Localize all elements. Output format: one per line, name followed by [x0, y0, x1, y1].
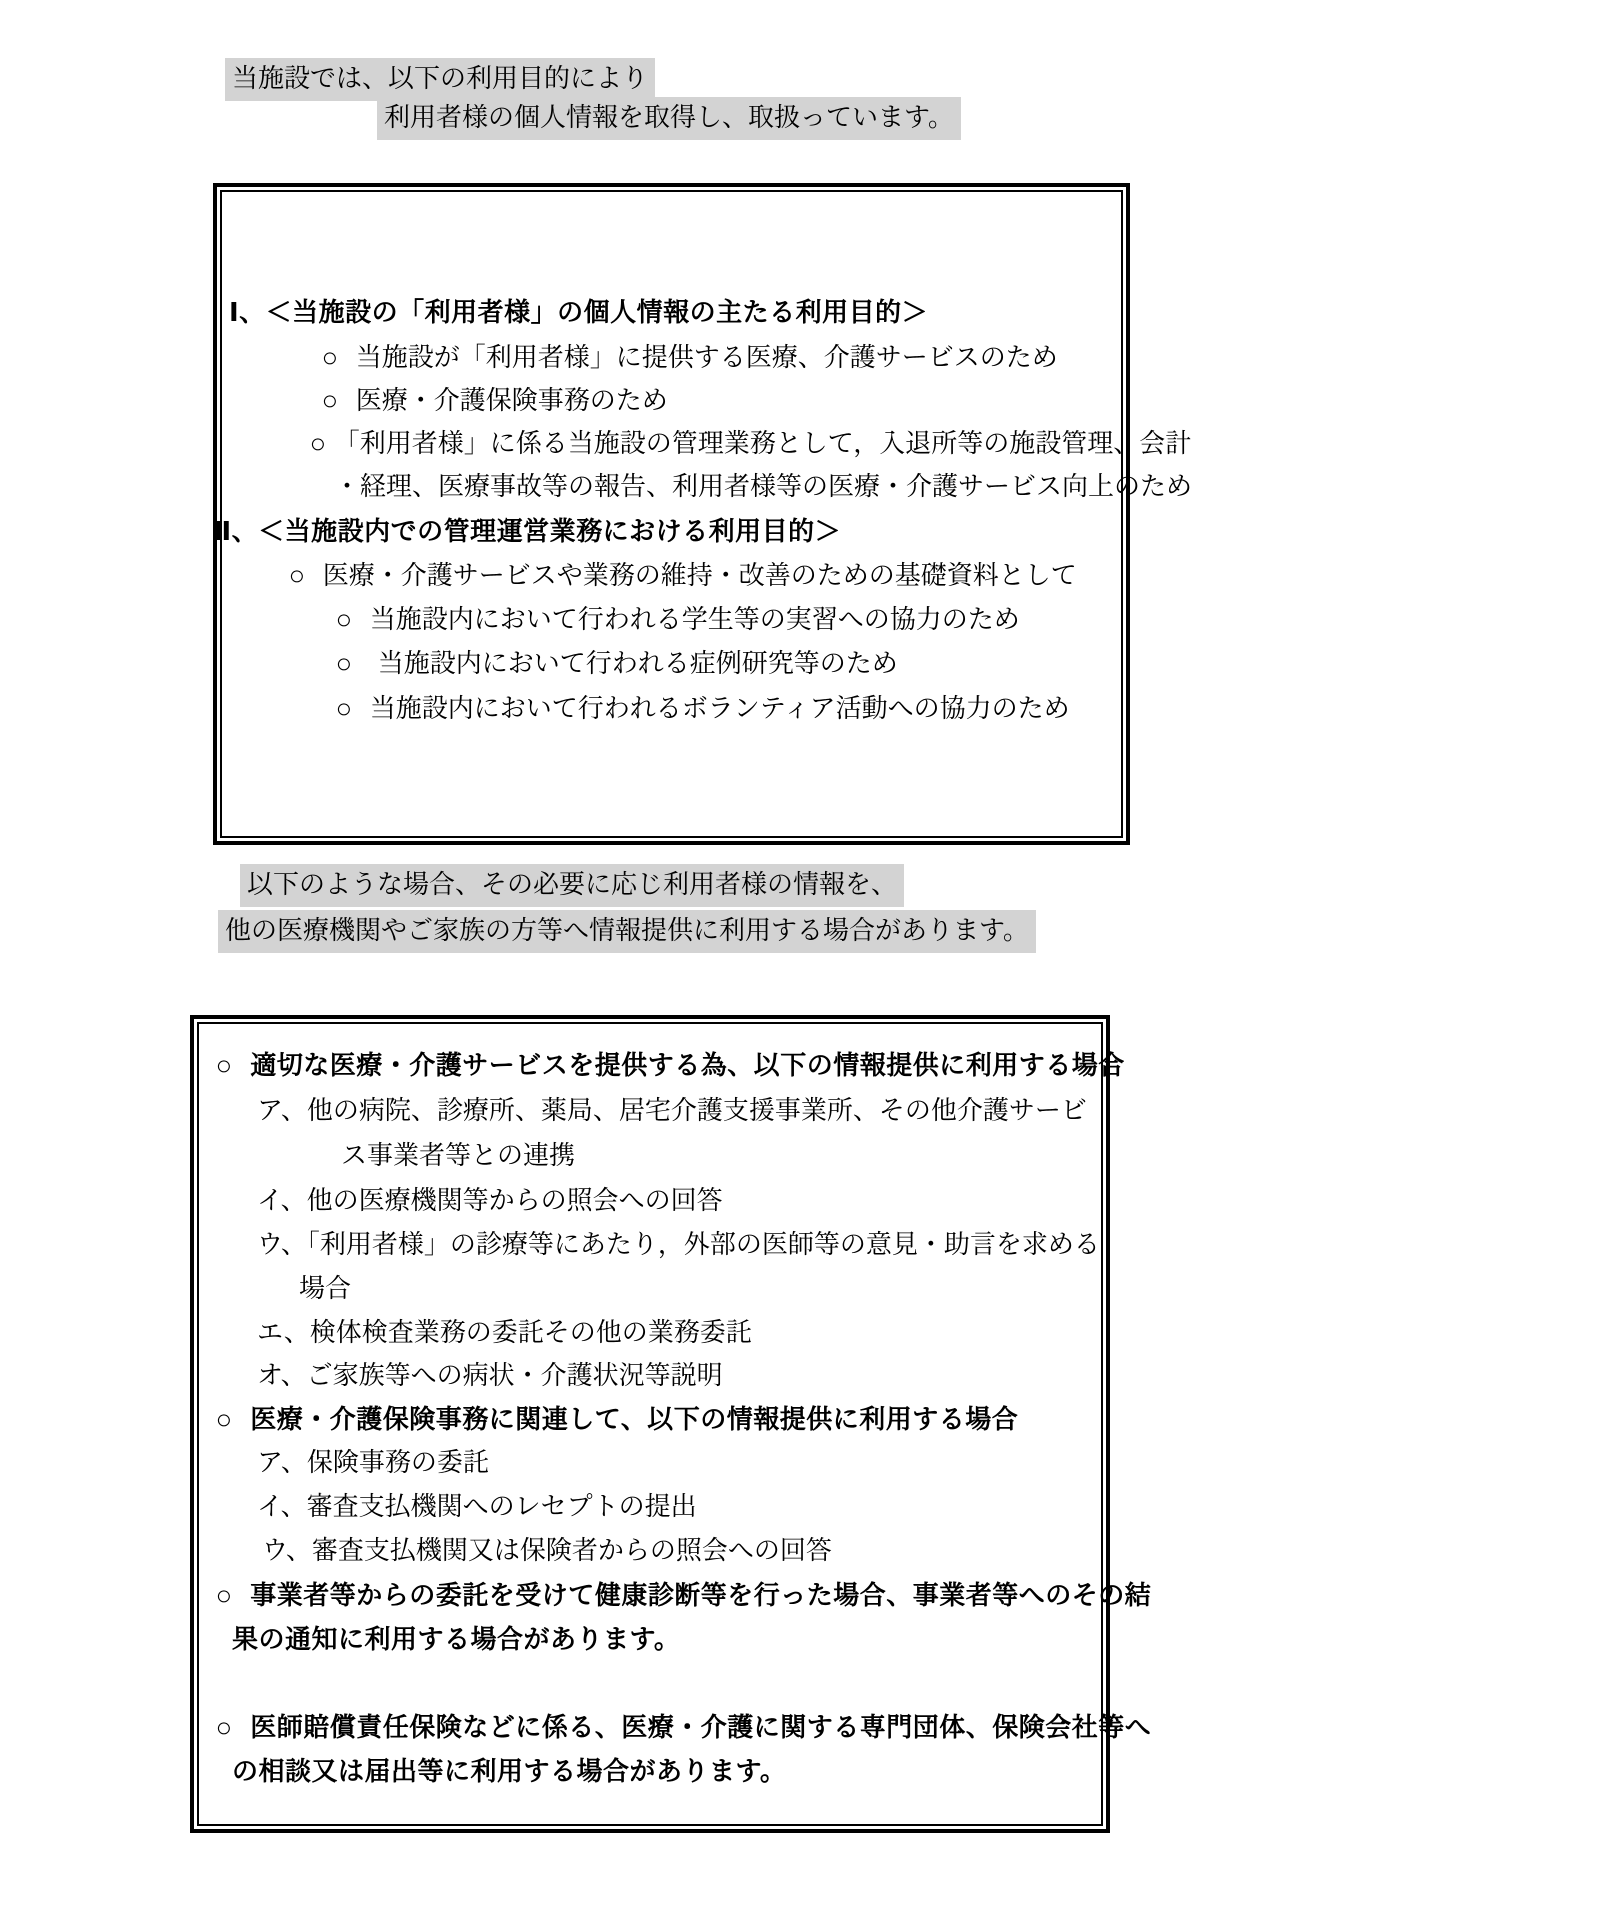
list-item: ア、他の病院、診療所、薬局、居宅介護支援事業所、その他介護サービ [257, 1093, 1087, 1129]
intro-line-2: 利用者様の個人情報を取得し、取扱っています。 [377, 97, 961, 140]
list-item: ア、保険事務の委託 [257, 1445, 489, 1481]
list-item: ○医療・介護保険事務のため [322, 383, 668, 419]
list-item: ○「利用者様」に係る当施設の管理業務として，入退所等の施設管理、会計 [310, 426, 1191, 462]
list-item-continuation: 場合 [299, 1271, 351, 1307]
group-heading-text: 事業者等からの委託を受けて健康診断等を行った場合、事業者等へのその結 [250, 1580, 1151, 1610]
group3-continuation: 果の通知に利用する場合があります。 [232, 1621, 680, 1657]
circle-bullet-icon: ○ [216, 1576, 233, 1614]
group4-heading: ○医師賠償責任保険などに係る、医療・介護に関する専門団体、保険会社等へ [216, 1709, 1151, 1745]
intro-line-1: 当施設では、以下の利用目的により [225, 58, 655, 101]
list-item-text: 当施設内において行われるボランティア活動への協力のため [370, 694, 1070, 723]
list-item-text: 当施設内において行われる学生等の実習への協力のため [370, 605, 1020, 634]
circle-bullet-icon: ○ [289, 557, 306, 595]
list-item: ○当施設内において行われる学生等の実習への協力のため [336, 602, 1020, 638]
list-item: ○当施設が「利用者様」に提供する医療、介護サービスのため [322, 340, 1058, 376]
circle-bullet-icon: ○ [322, 382, 339, 420]
list-item-text: 医療・介護保険事務のため [356, 386, 668, 415]
list-item-continuation: ・経理、医療事故等の報告、利用者様等の医療・介護サービス向上のため [334, 469, 1192, 505]
list-item: オ、ご家族等への病状・介護状況等説明 [257, 1358, 723, 1394]
list-item: イ、他の医療機関等からの照会への回答 [257, 1183, 723, 1219]
document-page: 当施設では、以下の利用目的により 利用者様の個人情報を取得し、取扱っています。 … [0, 0, 1601, 1920]
list-item: ○当施設内において行われる症例研究等のため [336, 646, 898, 682]
middle-line-1: 以下のような場合、その必要に応じ利用者様の情報を、 [240, 864, 904, 907]
circle-bullet-icon: ○ [216, 1400, 233, 1438]
group-heading-text: 医師賠償責任保険などに係る、医療・介護に関する専門団体、保険会社等へ [250, 1712, 1151, 1742]
circle-bullet-icon: ○ [216, 1708, 233, 1746]
group3-heading: ○事業者等からの委託を受けて健康診断等を行った場合、事業者等へのその結 [216, 1577, 1151, 1613]
group-heading-text: 適切な医療・介護サービスを提供する為、以下の情報提供に利用する場合 [250, 1050, 1125, 1080]
list-item-text: 医療・介護サービスや業務の維持・改善のための基礎資料として [323, 561, 1077, 590]
circle-bullet-icon: ○ [322, 339, 339, 377]
group2-heading: ○医療・介護保険事務に関連して、以下の情報提供に利用する場合 [216, 1401, 1018, 1437]
list-item: ○医療・介護サービスや業務の維持・改善のための基礎資料として [289, 558, 1077, 594]
list-item-text: 当施設内において行われる症例研究等のため [378, 649, 898, 678]
group1-heading: ○適切な医療・介護サービスを提供する為、以下の情報提供に利用する場合 [216, 1047, 1125, 1083]
list-item: イ、審査支払機関へのレセプトの提出 [257, 1489, 697, 1525]
list-item-text: 「利用者様」に係る当施設の管理業務として，入退所等の施設管理、会計 [334, 429, 1191, 458]
circle-bullet-icon: ○ [336, 690, 353, 728]
circle-bullet-icon: ○ [336, 645, 353, 683]
section1-heading: Ⅰ、＜当施設の「利用者様」の個人情報の主たる利用目的＞ [229, 294, 928, 330]
list-item: ウ、「利用者様」の診療等にあたり，外部の医師等の意見・助言を求める [257, 1227, 1100, 1263]
group4-continuation: の相談又は届出等に利用する場合があります。 [232, 1753, 786, 1789]
list-item: エ、検体検査業務の委託その他の業務委託 [257, 1315, 752, 1351]
list-item: ○当施設内において行われるボランティア活動への協力のため [336, 691, 1070, 727]
circle-bullet-icon: ○ [336, 601, 353, 639]
circle-bullet-icon: ○ [310, 425, 327, 463]
middle-line-2: 他の医療機関やご家族の方等へ情報提供に利用する場合があります。 [218, 910, 1036, 953]
list-item-continuation: ス事業者等との連携 [341, 1138, 575, 1174]
section2-heading: Ⅱ、＜当施設内での管理運営業務における利用目的＞ [214, 513, 841, 549]
circle-bullet-icon: ○ [216, 1046, 233, 1084]
group-heading-text: 医療・介護保険事務に関連して、以下の情報提供に利用する場合 [250, 1404, 1018, 1434]
list-item: ウ、審査支払機関又は保険者からの照会への回答 [262, 1533, 832, 1569]
list-item-text: 当施設が「利用者様」に提供する医療、介護サービスのため [356, 343, 1058, 372]
